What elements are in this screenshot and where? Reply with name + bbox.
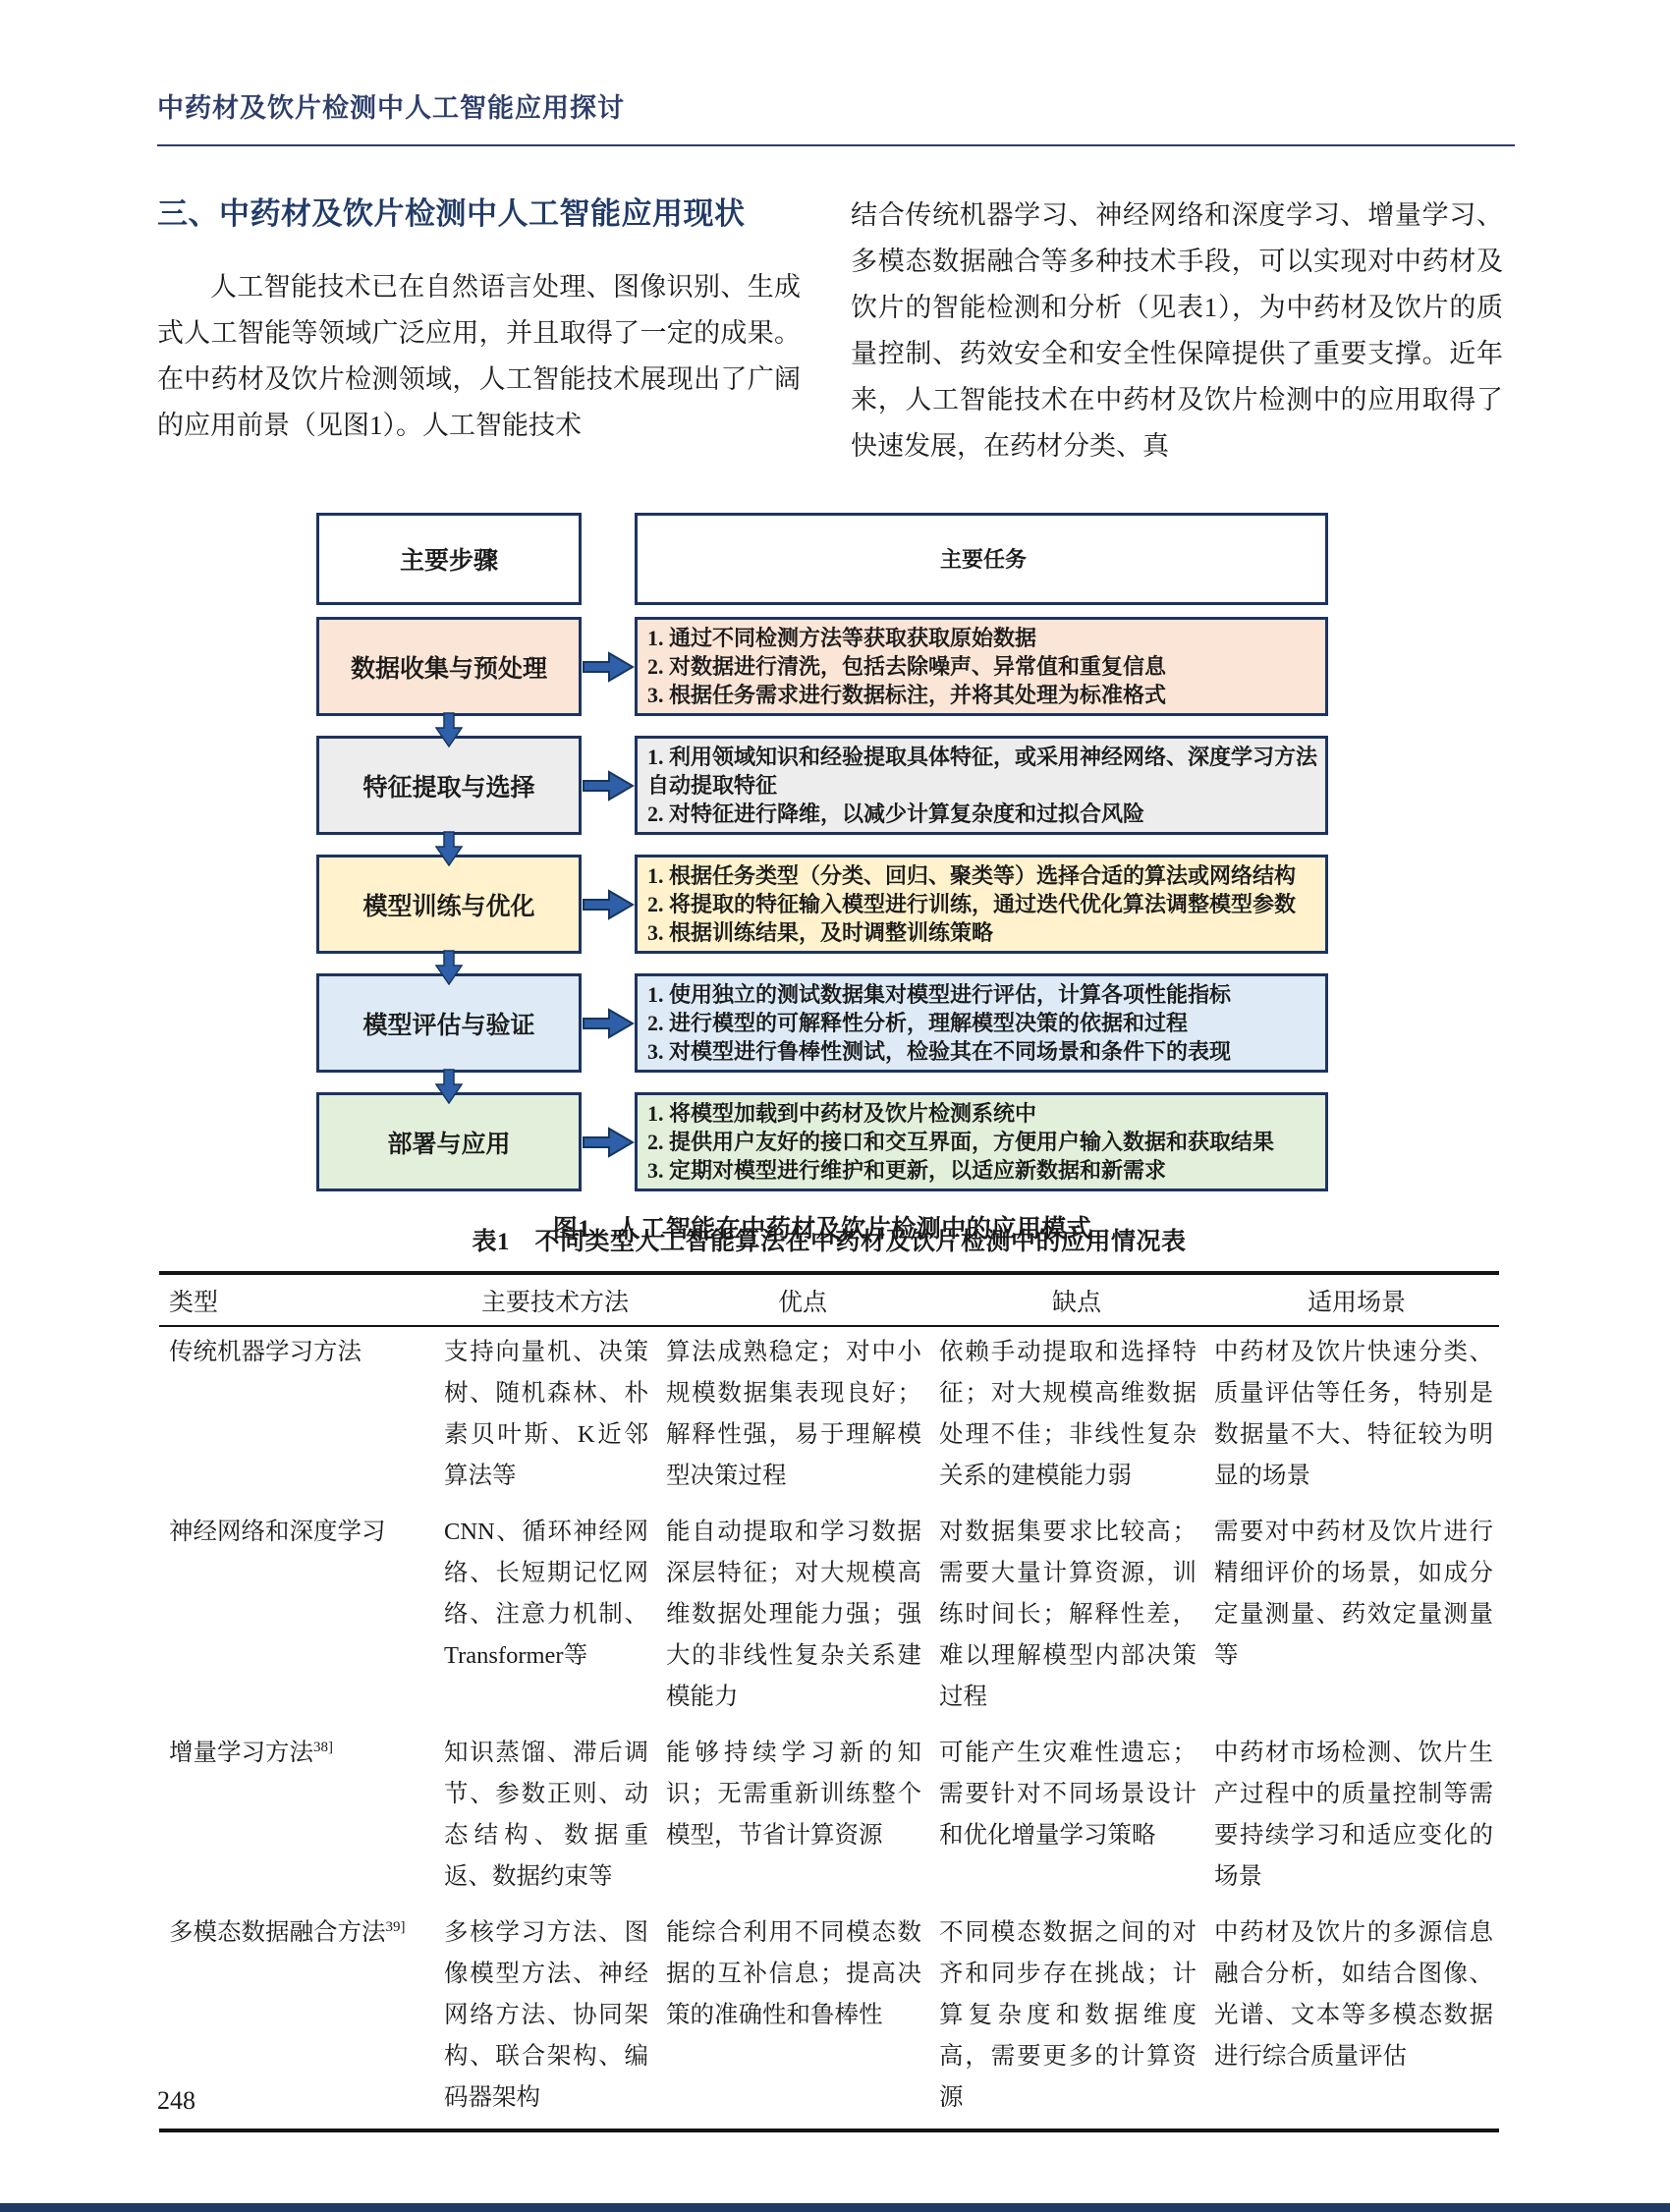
flow-right-arrow xyxy=(582,768,635,803)
flow-arrow-cell xyxy=(582,736,635,835)
flow-task-line: 3. 根据任务需求进行数据标注，并将其处理为标准格式 xyxy=(647,681,1319,709)
flow-down-arrow xyxy=(435,950,463,985)
cell-type: 增量学习方法38] xyxy=(159,1728,444,1908)
footer-bar xyxy=(0,2203,1670,2212)
flow-task-line: 2. 对数据进行清洗，包括去除噪声、异常值和重复信息 xyxy=(647,652,1319,681)
flow-row-deployment: 部署与应用 1. 将模型加载到中药材及饮片检测系统中 2. 提供用户友好的接口和… xyxy=(316,1092,1328,1191)
header-rule xyxy=(157,144,1515,146)
type-text: 传统机器学习方法 xyxy=(169,1339,362,1365)
flow-step-box: 模型训练与优化 xyxy=(316,855,582,954)
right-column: 结合传统机器学习、神经网络和深度学习、增量学习、多模态数据融合等多种技术手段，可… xyxy=(851,193,1503,470)
flow-step-box: 数据收集与预处理 xyxy=(316,617,582,716)
flow-task-line: 1. 将模型加载到中药材及饮片检测系统中 xyxy=(647,1099,1319,1128)
flow-step-label: 模型训练与优化 xyxy=(362,887,534,922)
table-row: 多模态数据融合方法39] 多核学习方法、图像模型方法、神经网络方法、协同架构、联… xyxy=(159,1908,1499,2130)
flow-task-line: 1. 利用领域知识和经验提取具体特征，或采用神经网络、深度学习方法自动提取特征 xyxy=(647,743,1319,800)
flow-right-arrow xyxy=(582,1006,635,1041)
flow-task-box: 1. 利用领域知识和经验提取具体特征，或采用神经网络、深度学习方法自动提取特征 … xyxy=(635,736,1328,835)
flow-arrow-cell xyxy=(582,855,635,954)
flow-task-box: 1. 根据任务类型（分类、回归、聚类等）选择合适的算法或网络结构 2. 将提取的… xyxy=(635,855,1328,954)
flow-down-arrow xyxy=(435,831,463,866)
col-header-scenarios: 适用场景 xyxy=(1214,1273,1499,1326)
cell-scenarios: 中药材及饮片快速分类、质量评估等任务，特别是数据量不大、特征较为明显的场景 xyxy=(1214,1326,1499,1507)
cell-cons: 对数据集要求比较高；需要大量计算资源，训练时间长；解释性差，难以理解模型内部决策… xyxy=(939,1507,1214,1728)
flow-header-steps: 主要步骤 xyxy=(316,513,582,605)
table-row: 神经网络和深度学习 CNN、循环神经网络、长短期记忆网络、注意力机制、Trans… xyxy=(159,1507,1499,1728)
flow-right-arrow xyxy=(582,887,635,922)
body-paragraph-right: 结合传统机器学习、神经网络和深度学习、增量学习、多模态数据融合等多种技术手段，可… xyxy=(851,193,1503,470)
type-text: 神经网络和深度学习 xyxy=(169,1519,386,1545)
section-title: 三、中药材及饮片检测中人工智能应用现状 xyxy=(157,189,801,233)
cell-type: 传统机器学习方法 xyxy=(159,1326,444,1507)
flow-step-label: 模型评估与验证 xyxy=(362,1006,534,1041)
flow-right-arrow xyxy=(582,1125,635,1160)
flow-step-label: 特征提取与选择 xyxy=(362,768,534,803)
flow-task-line: 1. 根据任务类型（分类、回归、聚类等）选择合适的算法或网络结构 xyxy=(647,861,1319,890)
flow-task-box: 1. 使用独立的测试数据集对模型进行评估，计算各项性能指标 2. 进行模型的可解… xyxy=(635,973,1328,1073)
flow-task-box: 1. 将模型加载到中药材及饮片检测系统中 2. 提供用户友好的接口和交互界面，方… xyxy=(635,1092,1328,1191)
cell-scenarios: 需要对中药材及饮片进行精细评价的场景，如成分定量测量、药效定量测量等 xyxy=(1214,1507,1499,1728)
flow-arrow-cell xyxy=(582,1092,635,1191)
cell-scenarios: 中药材及饮片的多源信息融合分析，如结合图像、光谱、文本等多模态数据进行综合质量评… xyxy=(1214,1908,1499,2130)
left-column: 三、中药材及饮片检测中人工智能应用现状 人工智能技术已在自然语言处理、图像识别、… xyxy=(157,189,801,449)
flow-step-label: 部署与应用 xyxy=(387,1125,510,1160)
flow-task-line: 2. 将提取的特征输入模型进行训练，通过迭代优化算法调整模型参数 xyxy=(647,890,1319,918)
flow-task-line: 1. 使用独立的测试数据集对模型进行评估，计算各项性能指标 xyxy=(647,980,1319,1009)
cell-methods: CNN、循环神经网络、长短期记忆网络、注意力机制、Transformer等 xyxy=(444,1507,666,1728)
flow-task-line: 2. 对特征进行降维，以减少计算复杂度和过拟合风险 xyxy=(647,800,1319,828)
flow-row-data-collection: 数据收集与预处理 1. 通过不同检测方法等获取获取原始数据 2. 对数据进行清洗… xyxy=(316,617,1328,716)
cell-type: 神经网络和深度学习 xyxy=(159,1507,444,1728)
body-paragraph-left: 人工智能技术已在自然语言处理、图像识别、生成式人工智能等领域广泛应用，并且取得了… xyxy=(157,264,801,449)
table1: 类型 主要技术方法 优点 缺点 适用场景 传统机器学习方法 支持向量机、决策树、… xyxy=(159,1271,1499,2132)
table-row: 增量学习方法38] 知识蒸馏、滞后调节、参数正则、动态结构、数据重返、数据约束等… xyxy=(159,1728,1499,1908)
cell-methods: 支持向量机、决策树、随机森林、朴素贝叶斯、K近邻算法等 xyxy=(444,1326,666,1507)
type-text: 多模态数据融合方法 xyxy=(169,1919,386,1946)
cell-cons: 可能产生灾难性遗忘；需要针对不同场景设计和优化增量学习策略 xyxy=(939,1728,1214,1908)
flow-header-gap xyxy=(582,513,635,605)
paper-page: 中药材及饮片检测中人工智能应用探讨 三、中药材及饮片检测中人工智能应用现状 人工… xyxy=(0,0,1670,2212)
flow-down-arrow xyxy=(435,1069,463,1104)
cell-methods: 知识蒸馏、滞后调节、参数正则、动态结构、数据重返、数据约束等 xyxy=(444,1728,666,1908)
flow-row-model-evaluation: 模型评估与验证 1. 使用独立的测试数据集对模型进行评估，计算各项性能指标 2.… xyxy=(316,973,1328,1073)
citation-ref: 39] xyxy=(386,1919,406,1935)
citation-ref: 38] xyxy=(313,1740,333,1755)
cell-type: 多模态数据融合方法39] xyxy=(159,1908,444,2130)
col-header-pros: 优点 xyxy=(666,1273,939,1326)
flow-task-line: 1. 通过不同检测方法等获取获取原始数据 xyxy=(647,624,1319,652)
cell-cons: 不同模态数据之间的对齐和同步存在挑战；计算复杂度和数据维度高，需要更多的计算资源 xyxy=(939,1908,1214,2130)
cell-pros: 能自动提取和学习数据深层特征；对大规模高维数据处理能力强；强大的非线性复杂关系建… xyxy=(666,1507,939,1728)
flow-row-model-training: 模型训练与优化 1. 根据任务类型（分类、回归、聚类等）选择合适的算法或网络结构… xyxy=(316,855,1328,954)
flow-down-arrow xyxy=(435,712,463,747)
flow-task-line: 2. 提供用户友好的接口和交互界面，方便用户输入数据和获取结果 xyxy=(647,1128,1319,1156)
flow-row-feature-extraction: 特征提取与选择 1. 利用领域知识和经验提取具体特征，或采用神经网络、深度学习方… xyxy=(316,736,1328,835)
table-row: 传统机器学习方法 支持向量机、决策树、随机森林、朴素贝叶斯、K近邻算法等 算法成… xyxy=(159,1326,1499,1507)
flow-step-box: 模型评估与验证 xyxy=(316,973,582,1073)
flow-header-row: 主要步骤 主要任务 xyxy=(316,513,1328,605)
flow-arrow-cell xyxy=(582,617,635,716)
flow-header-tasks: 主要任务 xyxy=(635,513,1328,605)
cell-pros: 算法成熟稳定；对中小规模数据集表现良好；解释性强，易于理解模型决策过程 xyxy=(666,1326,939,1507)
flow-task-box: 1. 通过不同检测方法等获取获取原始数据 2. 对数据进行清洗，包括去除噪声、异… xyxy=(635,617,1328,716)
table1-caption: 表1 不同类型人工智能算法在中药材及饮片检测中的应用情况表 xyxy=(159,1222,1499,1257)
flow-task-line: 3. 定期对模型进行维护和更新，以适应新数据和新需求 xyxy=(647,1156,1319,1185)
flow-step-label: 数据收集与预处理 xyxy=(351,649,547,685)
cell-cons: 依赖手动提取和选择特征；对大规模高维数据处理不佳；非线性复杂关系的建模能力弱 xyxy=(939,1326,1214,1507)
page-number: 248 xyxy=(157,2086,195,2116)
flow-task-line: 3. 根据训练结果，及时调整训练策略 xyxy=(647,918,1319,947)
figure1-flowchart: 主要步骤 主要任务 数据收集与预处理 1. 通过不同检测方法等获取获取原始数据 … xyxy=(316,513,1328,1244)
cell-pros: 能够持续学习新的知识；无需重新训练整个模型，节省计算资源 xyxy=(666,1728,939,1908)
flow-task-line: 2. 进行模型的可解释性分析，理解模型决策的依据和过程 xyxy=(647,1009,1319,1037)
cell-scenarios: 中药材市场检测、饮片生产过程中的质量控制等需要持续学习和适应变化的场景 xyxy=(1214,1728,1499,1908)
flow-arrow-cell xyxy=(582,973,635,1073)
table-header-row: 类型 主要技术方法 优点 缺点 适用场景 xyxy=(159,1273,1499,1326)
cell-pros: 能综合利用不同模态数据的互补信息；提高决策的准确性和鲁棒性 xyxy=(666,1908,939,2130)
col-header-cons: 缺点 xyxy=(939,1273,1214,1326)
table1-section: 表1 不同类型人工智能算法在中药材及饮片检测中的应用情况表 类型 主要技术方法 … xyxy=(159,1222,1499,2132)
flow-step-box: 部署与应用 xyxy=(316,1092,582,1191)
running-header: 中药材及饮片检测中人工智能应用探讨 xyxy=(157,86,625,125)
flow-task-line: 3. 对模型进行鲁棒性测试，检验其在不同场景和条件下的表现 xyxy=(647,1037,1319,1066)
col-header-type: 类型 xyxy=(159,1273,444,1326)
type-text: 增量学习方法 xyxy=(169,1740,313,1766)
cell-methods: 多核学习方法、图像模型方法、神经网络方法、协同架构、联合架构、编码器架构 xyxy=(444,1908,666,2130)
col-header-methods: 主要技术方法 xyxy=(444,1273,666,1326)
flow-right-arrow xyxy=(582,649,635,685)
flow-step-box: 特征提取与选择 xyxy=(316,736,582,835)
